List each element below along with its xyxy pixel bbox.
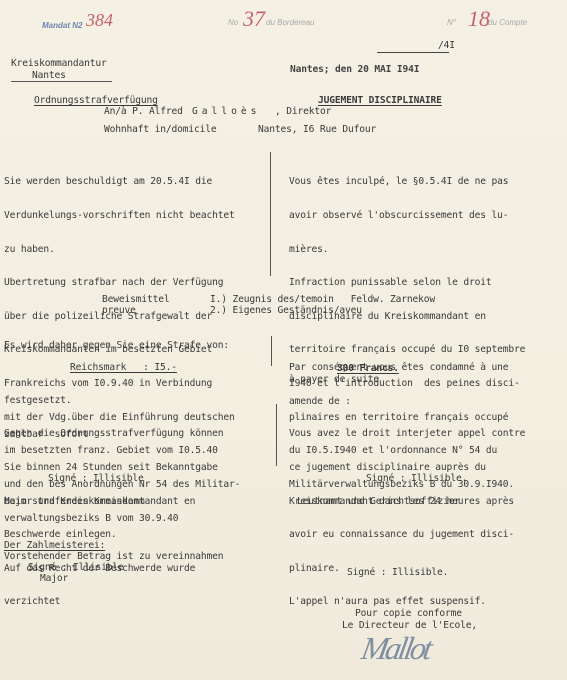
office-line2: Nantes xyxy=(32,70,66,81)
penalty-french-after: à payer de suite xyxy=(289,374,379,385)
appeal-french-rank: Leutnant und Gerichtsoffizier xyxy=(297,496,460,507)
compte-label: du Compte xyxy=(488,18,527,27)
penalty-german-intro: Es wird daher gegen Sie eine Strafe von: xyxy=(4,340,229,351)
evidence-label-fr: preuve xyxy=(102,305,136,316)
penalty-german-amount: Reichsmark : I5.- xyxy=(70,362,177,373)
reference-number: /4I xyxy=(438,40,455,51)
appeal-german: Gegen die Ordnungsstrafverfügung können … xyxy=(4,406,223,630)
document-page: Mandat N2 384 No 37 du Bordereau N° 18 d… xyxy=(0,0,567,680)
addressee-prefix: An/à P. Alfred xyxy=(104,106,183,117)
title-french: JUGEMENT DISCIPLINAIRE xyxy=(318,95,442,106)
paymaster-signed: Signé : Illisible xyxy=(28,562,124,573)
column-divider xyxy=(270,152,271,276)
office-line1: Kreiskommandantur xyxy=(11,58,107,69)
compte-prefix: N° xyxy=(447,18,456,27)
paymaster-rank: Major xyxy=(40,573,68,584)
title-german: Ordnungsstrafverfügung xyxy=(34,95,158,106)
addressee-suffix: , Direktor xyxy=(275,106,331,117)
domicile-label: Wohnhaft in/domicile xyxy=(104,124,217,135)
paymaster-title: Der Zahlmeisterei: xyxy=(4,540,105,551)
bordereau-number: 37 xyxy=(243,6,265,32)
penalty-french-amount: 300 Francs. xyxy=(337,363,399,374)
column-divider xyxy=(271,336,272,366)
footer-signed: Signé : Illisible. xyxy=(347,567,448,578)
appeal-german-signed: Signé : Illisible xyxy=(48,473,144,484)
column-divider xyxy=(276,404,277,466)
addressee-surname: Galloès xyxy=(192,106,260,117)
compte-number: 18 xyxy=(468,6,490,32)
appeal-french-signed: Signé : Illisible. xyxy=(366,473,467,484)
reference-rule xyxy=(377,52,449,53)
bordereau-prefix: No xyxy=(228,18,238,27)
document-date: Nantes; den 20 MAI I94I xyxy=(290,64,419,75)
paymaster-line: Vorstehender Betrag ist zu vereinnahmen xyxy=(4,551,223,562)
office-rule xyxy=(11,81,112,82)
domicile-value: Nantes, I6 Rue Dufour xyxy=(258,124,376,135)
certify-line1: Pour copie conforme xyxy=(355,608,462,619)
evidence-label-de: Beweismittel xyxy=(102,294,170,305)
appeal-german-rank: Major und Kreiskommandant xyxy=(4,496,145,507)
handwritten-signature: Mallot xyxy=(359,630,433,667)
mandat-stamp-label: Mandat N2 xyxy=(42,21,82,30)
appeal-french: Vous avez le droit interjeter appel cont… xyxy=(289,406,525,630)
bordereau-label: du Bordereau xyxy=(266,18,314,27)
evidence-item-1: I.) Zeugnis des/temoin Feldw. Zarnekow xyxy=(210,294,435,305)
mandat-number: 384 xyxy=(86,10,113,31)
evidence-item-2: 2.) Eigenes Geständnis/aveu xyxy=(210,305,362,316)
